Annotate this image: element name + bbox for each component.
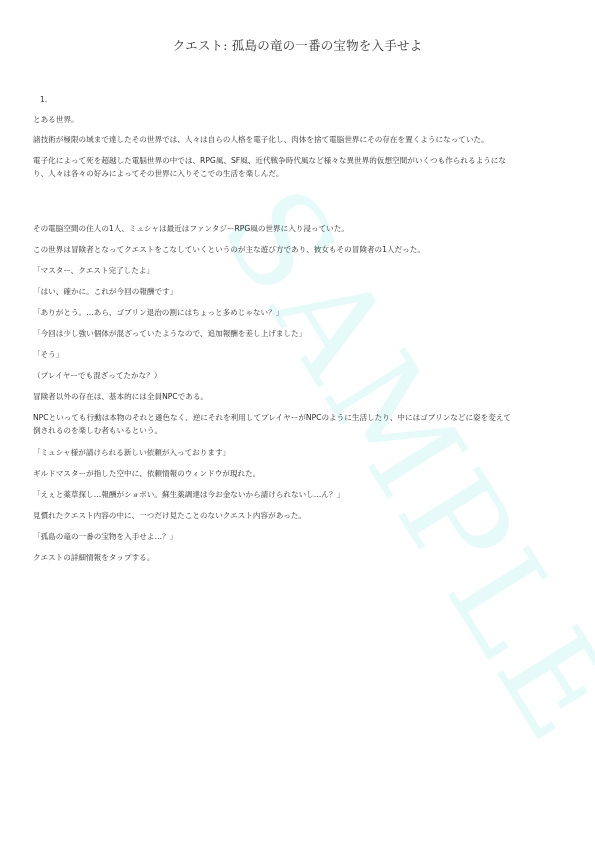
- paragraph-continuation: 倒されるのを楽しむ者もいるという。: [33, 424, 573, 437]
- dialogue-line: 「マスター、クエスト完了したよ」: [33, 264, 573, 277]
- paragraph: 諸技術が極限の域まで達したその世界では、人々は自らの人格を電子化し、肉体を捨て電…: [33, 133, 573, 146]
- paragraph: その電脳空間の住人の1人、ミュシャは最近はファンタジーRPG風の世界に入り浸って…: [33, 222, 573, 235]
- dialogue-line: 「ありがとう。…あら、ゴブリン退治の割にはちょっと多めじゃない？」: [33, 306, 573, 319]
- paragraph: 電子化によって死を超越した電脳世界の中では、RPG風、SF風、近代戦争時代風など…: [33, 154, 573, 167]
- dialogue-line: 「はい、確かに。これが今回の報酬です」: [33, 285, 573, 298]
- paragraph: 冒険者以外の存在は、基本的には全員NPCである。: [33, 390, 573, 403]
- dialogue-line: 「えぇと薬草探し…報酬がショボい。蘇生薬調達は今お金ないから請けられないし…ん？…: [33, 488, 573, 501]
- paragraph: この世界は冒険者となってクエストをこなしていくというのが主な遊び方であり、彼女も…: [33, 243, 573, 256]
- paragraph: とある世界。: [33, 113, 573, 126]
- inner-thought-line: （プレイヤーでも混ざってたかな？）: [33, 369, 573, 382]
- paragraph: NPCといっても行動は本物のそれと遜色なく、逆にそれを利用してプレイヤーがNPC…: [33, 411, 573, 424]
- paragraph: クエストの詳細情報をタップする。: [33, 551, 573, 564]
- paragraph: ギルドマスターが指した空中に、依頼情報のウィンドウが現れた。: [33, 467, 573, 480]
- chapter-number: 1.: [40, 95, 47, 104]
- dialogue-line: 「今回は少し強い個体が混ざっていたようなので、追加報酬を差し上げました」: [33, 327, 573, 340]
- paragraph-continuation: り、人々は各々の好みによってその世界に入りそこでの生活を楽しんだ。: [33, 167, 573, 180]
- dialogue-line: 「孤島の竜の一番の宝物を入手せよ…？」: [33, 530, 573, 543]
- paragraph: 見慣れたクエスト内容の中に、一つだけ見たことのないクエスト内容があった。: [33, 509, 573, 522]
- dialogue-line: 「ミュシャ様が請けられる新しい依頼が入っております」: [33, 446, 573, 459]
- dialogue-line: 「そう」: [33, 348, 573, 361]
- document-page: SAMPLE クエスト: 孤島の竜の一番の宝物を入手せよ 1. とある世界。 諸…: [0, 0, 595, 842]
- document-title: クエスト: 孤島の竜の一番の宝物を入手せよ: [0, 36, 595, 54]
